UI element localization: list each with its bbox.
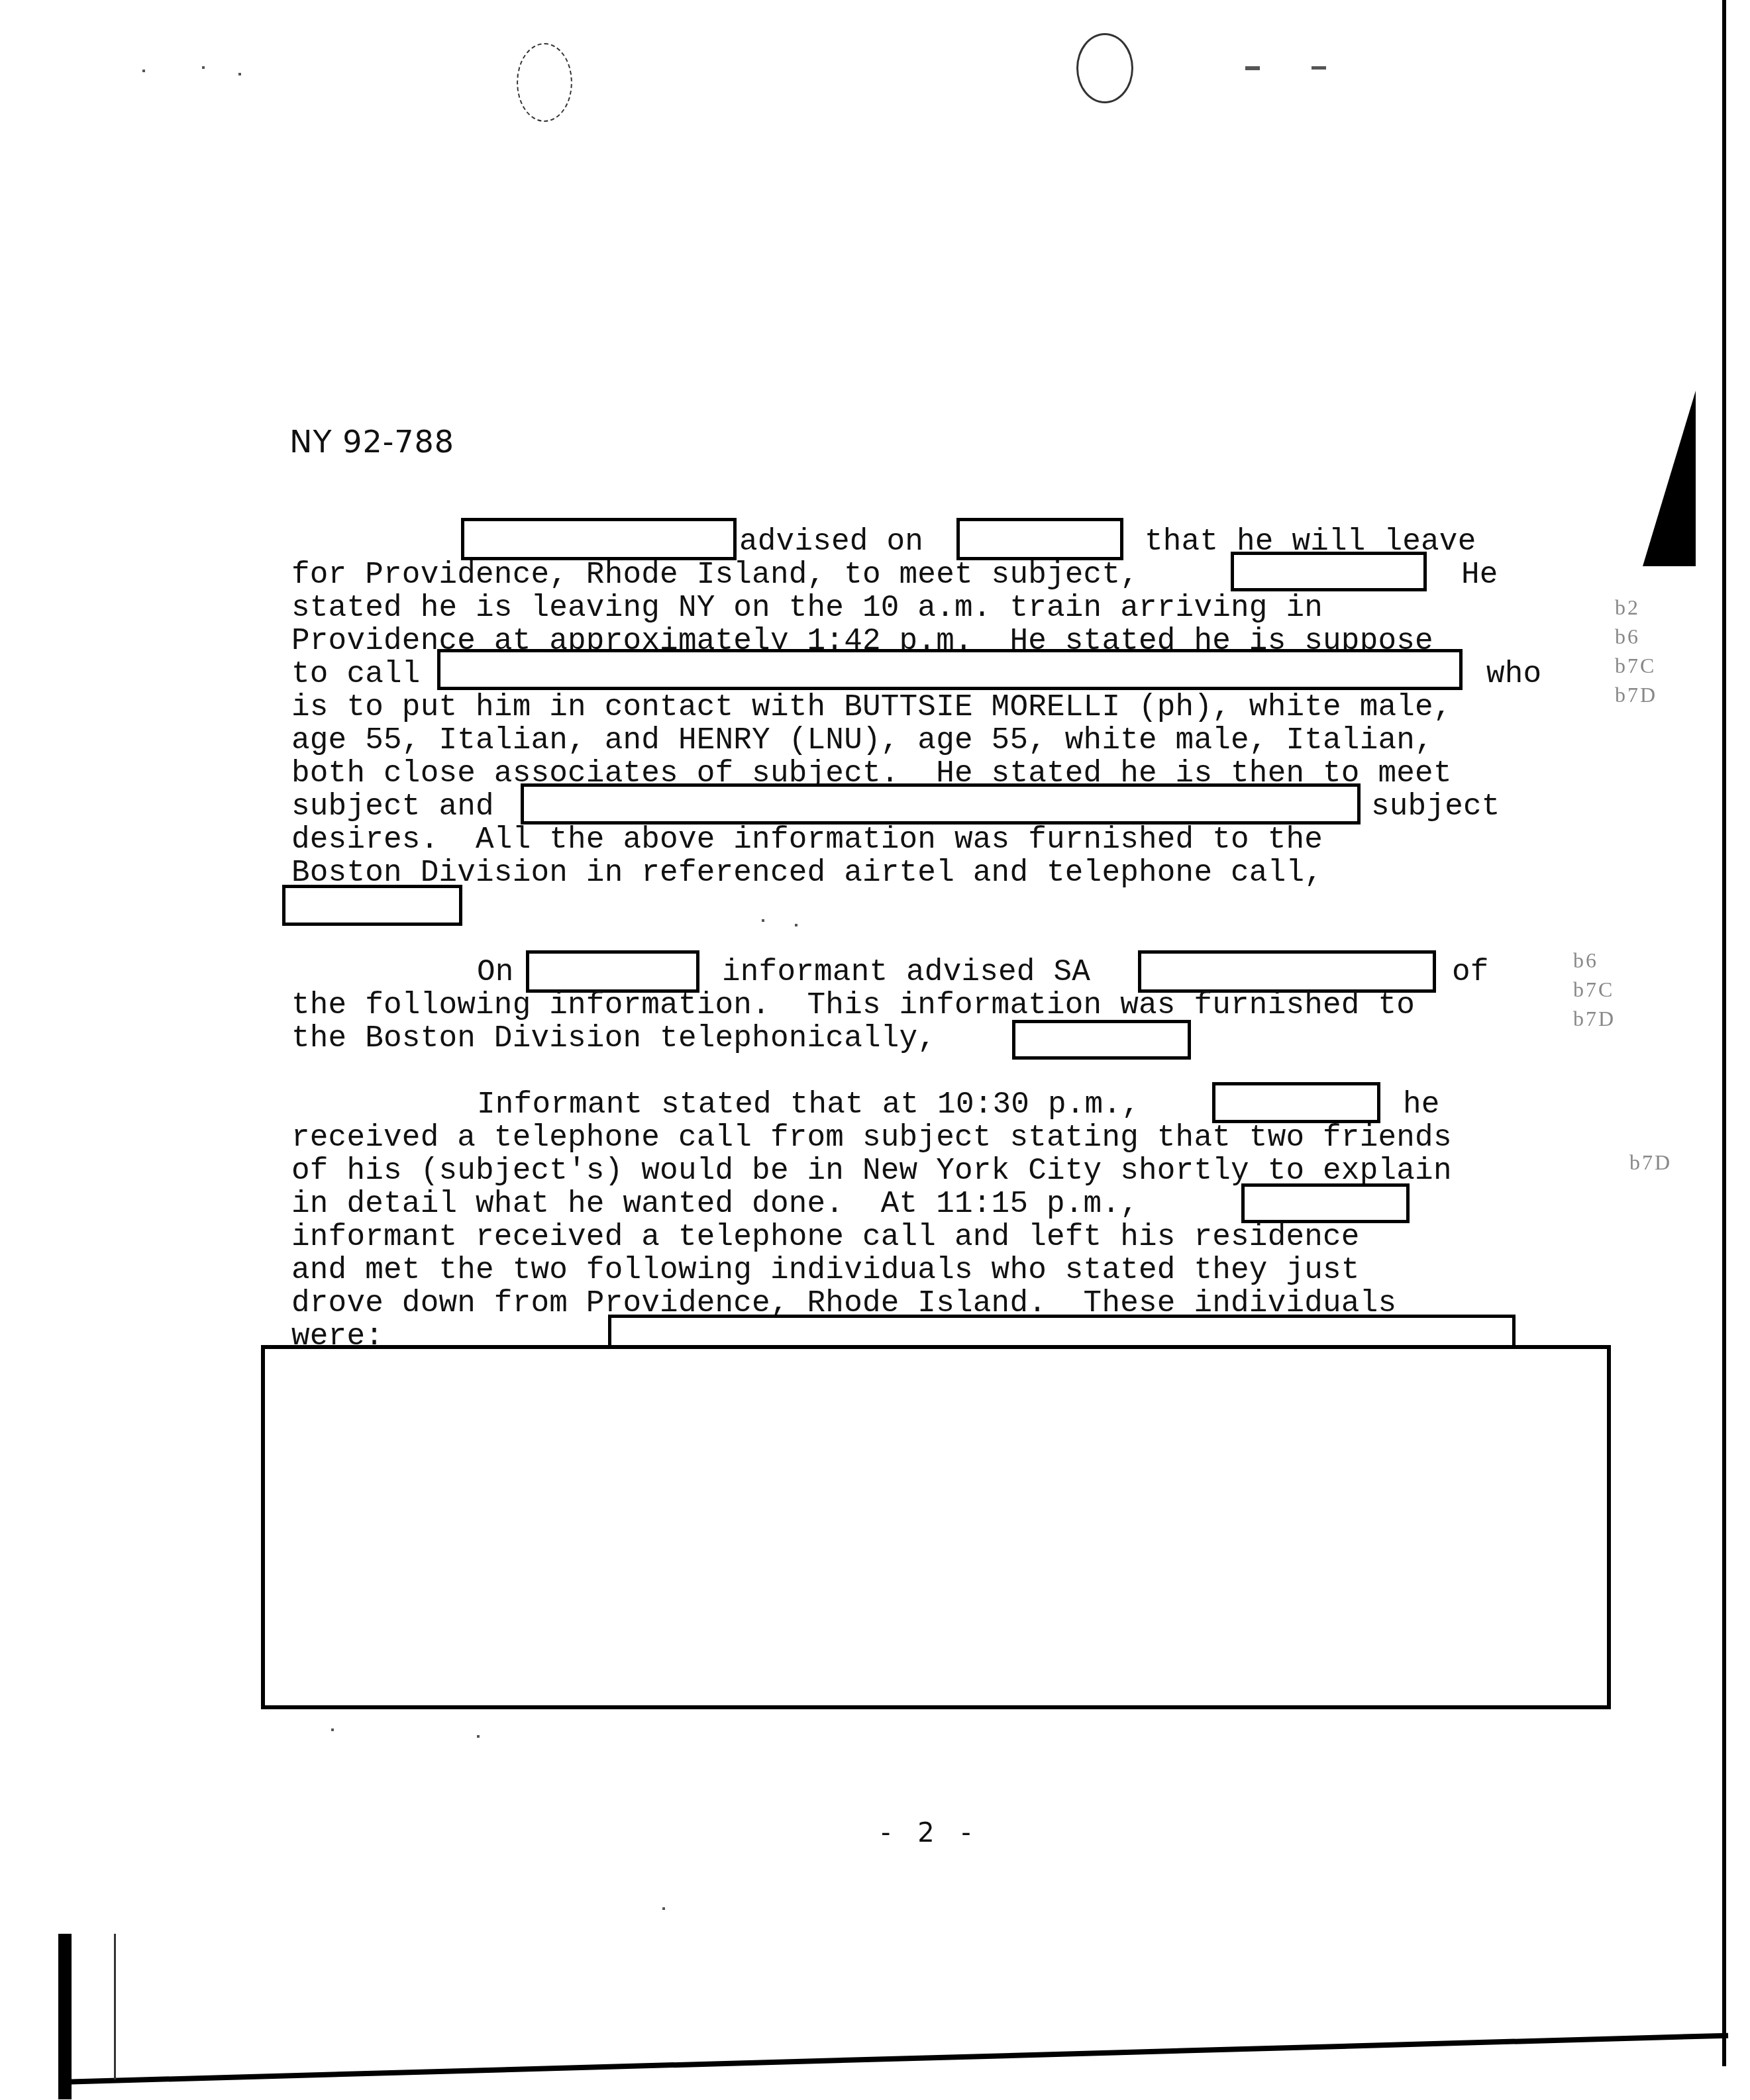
scan-speckle	[238, 73, 241, 75]
exemption-code: b7D	[1573, 1004, 1616, 1033]
scan-speckle	[662, 1907, 665, 1910]
text-line: desires. All the above information was f…	[291, 823, 1323, 856]
exemption-code: b7C	[1573, 975, 1616, 1004]
text-line: advised on	[739, 525, 923, 558]
scan-speckle	[1245, 66, 1260, 70]
text-line: stated he is leaving NY on the 10 a.m. t…	[291, 591, 1323, 625]
text-line: of his (subject's) would be in New York …	[291, 1154, 1452, 1187]
redaction-box	[1231, 552, 1427, 591]
text-line: of	[1452, 956, 1489, 989]
redaction-box	[1138, 950, 1436, 993]
text-line: informant received a telephone call and …	[291, 1221, 1360, 1254]
page-edge-bottom	[60, 2033, 1728, 2085]
redaction-box	[282, 885, 462, 926]
text-line: Informant stated that at 10:30 p.m.,	[477, 1088, 1140, 1121]
text-line: who	[1486, 658, 1541, 691]
exemption-code: b6	[1573, 946, 1616, 975]
redaction-block-large	[261, 1345, 1611, 1709]
exemption-codes-group-3: b7D	[1629, 1148, 1672, 1177]
scan-speckle	[1312, 66, 1326, 70]
redaction-box	[1212, 1082, 1380, 1123]
text-line: is to put him in contact with BUTTSIE MO…	[291, 691, 1452, 724]
text-line: On	[477, 956, 514, 989]
text-line: and met the two following individuals wh…	[291, 1254, 1360, 1287]
file-number: NY 92-788	[289, 424, 454, 460]
scan-speckle	[142, 70, 145, 72]
redaction-box	[1241, 1183, 1410, 1223]
redaction-box	[521, 783, 1361, 825]
exemption-code: b7C	[1615, 651, 1657, 680]
scan-speckle	[202, 66, 205, 69]
text-line: He	[1461, 558, 1498, 591]
redaction-box	[437, 649, 1463, 690]
exemption-code: b2	[1615, 593, 1657, 622]
text-line: subject and	[291, 790, 494, 823]
hole-punch-mark	[517, 43, 572, 122]
text-line: to call	[291, 658, 421, 691]
text-line: he	[1403, 1088, 1440, 1121]
page-number: - 2 -	[881, 1818, 980, 1848]
exemption-codes-group-2: b6 b7C b7D	[1573, 946, 1616, 1033]
scan-speckle	[762, 919, 764, 922]
exemption-codes-group-1: b2 b6 b7C b7D	[1615, 593, 1657, 709]
text-line: received a telephone call from subject s…	[291, 1121, 1452, 1154]
text-line: age 55, Italian, and HENRY (LNU), age 55…	[291, 724, 1433, 757]
page-edge-right	[1722, 0, 1726, 2066]
scan-speckle	[795, 924, 798, 926]
redaction-box	[526, 950, 699, 993]
hole-punch-mark	[1076, 33, 1133, 103]
page-edge-left	[58, 1934, 72, 2099]
exemption-code: b7D	[1629, 1148, 1672, 1177]
margin-line	[114, 1934, 116, 2079]
text-line: informant advised SA	[722, 956, 1090, 989]
page-fold-shadow	[1643, 391, 1696, 566]
text-line: subject	[1371, 790, 1500, 823]
redaction-box	[461, 518, 737, 560]
text-line: for Providence, Rhode Island, to meet su…	[291, 558, 1139, 591]
scan-speckle	[331, 1728, 334, 1731]
exemption-code: b6	[1615, 622, 1657, 651]
text-line: in detail what he wanted done. At 11:15 …	[291, 1187, 1139, 1221]
text-line: the following information. This informat…	[291, 989, 1415, 1022]
redaction-box	[1012, 1020, 1191, 1060]
scan-speckle	[477, 1735, 480, 1738]
redaction-box	[956, 518, 1123, 560]
exemption-code: b7D	[1615, 680, 1657, 709]
text-line: the Boston Division telephonically,	[291, 1022, 936, 1055]
